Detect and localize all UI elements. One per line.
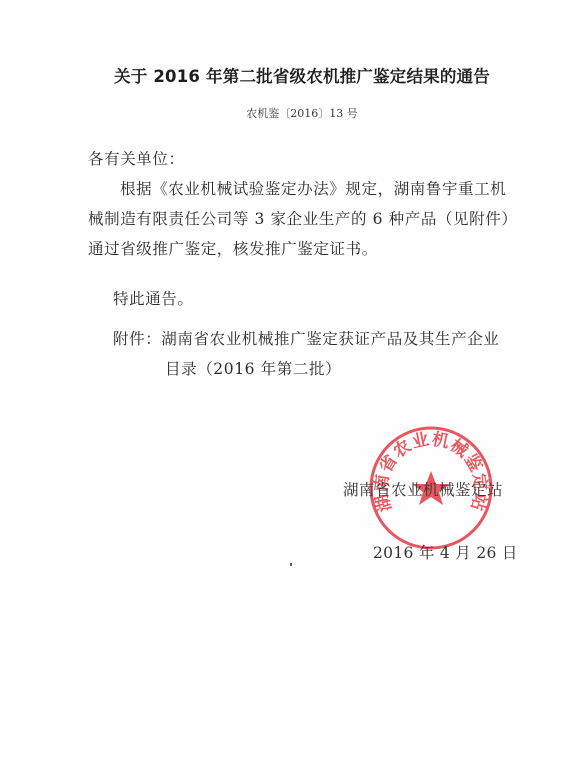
attachment-line: 附件：湖南省农业机械推广鉴定获证产品及其生产企业 <box>113 327 499 349</box>
attachment-line: 目录（2016 年第二批） <box>165 357 341 379</box>
closing-text: 特此通告。 <box>113 287 194 309</box>
document-page: 关于 2016 年第二批省级农机推广鉴定结果的通告 农机鉴〔2016〕13 号 … <box>0 0 575 764</box>
scan-speck <box>290 563 292 566</box>
salutation: 各有关单位： <box>88 147 185 169</box>
document-title: 关于 2016 年第二批省级农机推广鉴定结果的通告 <box>0 63 575 87</box>
document-number: 农机鉴〔2016〕13 号 <box>0 105 575 121</box>
body-line: 通过省级推广鉴定，核发推广鉴定证书。 <box>88 237 378 259</box>
issuer-signature: 湖南省农业机械鉴定站 <box>343 478 503 500</box>
issue-date: 2016 年 4 月 26 日 <box>373 541 518 563</box>
body-line: 根据《农业机械试验鉴定办法》规定，湖南鲁宇重工机 <box>120 177 506 199</box>
body-line: 械制造有限责任公司等 3 家企业生产的 6 种产品（见附件） <box>88 207 517 229</box>
